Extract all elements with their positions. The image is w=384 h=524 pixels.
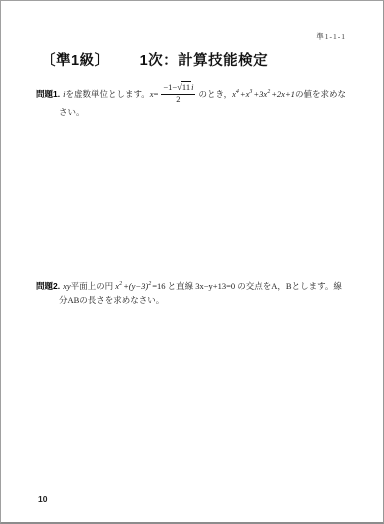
poly-exponent: 4 [236, 89, 239, 95]
fraction: −1−√11i2 [161, 83, 195, 105]
problem-1-tail: の値を求めな [295, 89, 346, 99]
sqrt-radicand: 11 [181, 81, 191, 92]
problem-1-mid: のとき， [198, 89, 232, 99]
problem-2-body-c: =16 と直線 3x−y+13=0 の交点をA，Bとします。線 [152, 281, 342, 291]
poly-term: +3x [253, 89, 267, 99]
problem-2: 問題2.xy平面上の円 x2+(y−3)2=16 と直線 3x−y+13=0 の… [36, 280, 361, 306]
problem-2-body-b: +(y−3) [123, 281, 148, 291]
poly-term: +x [240, 89, 250, 99]
problem-2-line-2: 分ABの長さを求めなさい。 [59, 294, 361, 306]
subject-title: 1次：計算技能検定 [140, 53, 269, 69]
page-title: 〔準1級〕1次：計算技能検定 [41, 49, 268, 70]
problem-2-body-a: 平面上の円 [71, 281, 116, 291]
circle-exponent-2: 2 [148, 281, 151, 287]
fraction-denominator: 2 [161, 95, 195, 105]
grade-label: 〔準1級〕 [41, 53, 110, 69]
problem-2-label: 問題2. [36, 281, 60, 291]
problem-1-intro: を虚数単位とします。 [65, 89, 149, 99]
equals-sign: = [154, 89, 159, 99]
numerator-prefix: −1− [163, 82, 177, 92]
poly-exponent: 3 [249, 89, 252, 95]
circle-exponent-1: 2 [119, 281, 122, 287]
fraction-numerator: −1−√11i [161, 83, 195, 95]
page-number: 10 [38, 494, 47, 504]
exam-page: 準1-1-1 〔準1級〕1次：計算技能検定 問題1.iを虚数単位とします。x=−… [0, 0, 384, 524]
problem-1-label: 問題1. [36, 89, 60, 99]
math-vars-xy: xy [63, 281, 71, 291]
poly-exponent: 2 [267, 89, 270, 95]
sqrt-expression: √11 [177, 81, 191, 92]
poly-term: +2x+1 [271, 89, 295, 99]
problem-1-line-1: 問題1.iを虚数単位とします。x=−1−√11i2のとき，x4+x3+3x2+2… [36, 83, 361, 106]
header-code: 準1-1-1 [316, 31, 346, 42]
polynomial: x4+x3+3x2+2x+1 [232, 89, 295, 99]
problem-1: 問題1.iを虚数単位とします。x=−1−√11i2のとき，x4+x3+3x2+2… [36, 83, 361, 118]
numerator-imaginary-unit: i [191, 82, 193, 92]
problem-2-line-1: 問題2.xy平面上の円 x2+(y−3)2=16 と直線 3x−y+13=0 の… [36, 280, 361, 292]
problem-1-line-2: さい。 [59, 106, 361, 118]
